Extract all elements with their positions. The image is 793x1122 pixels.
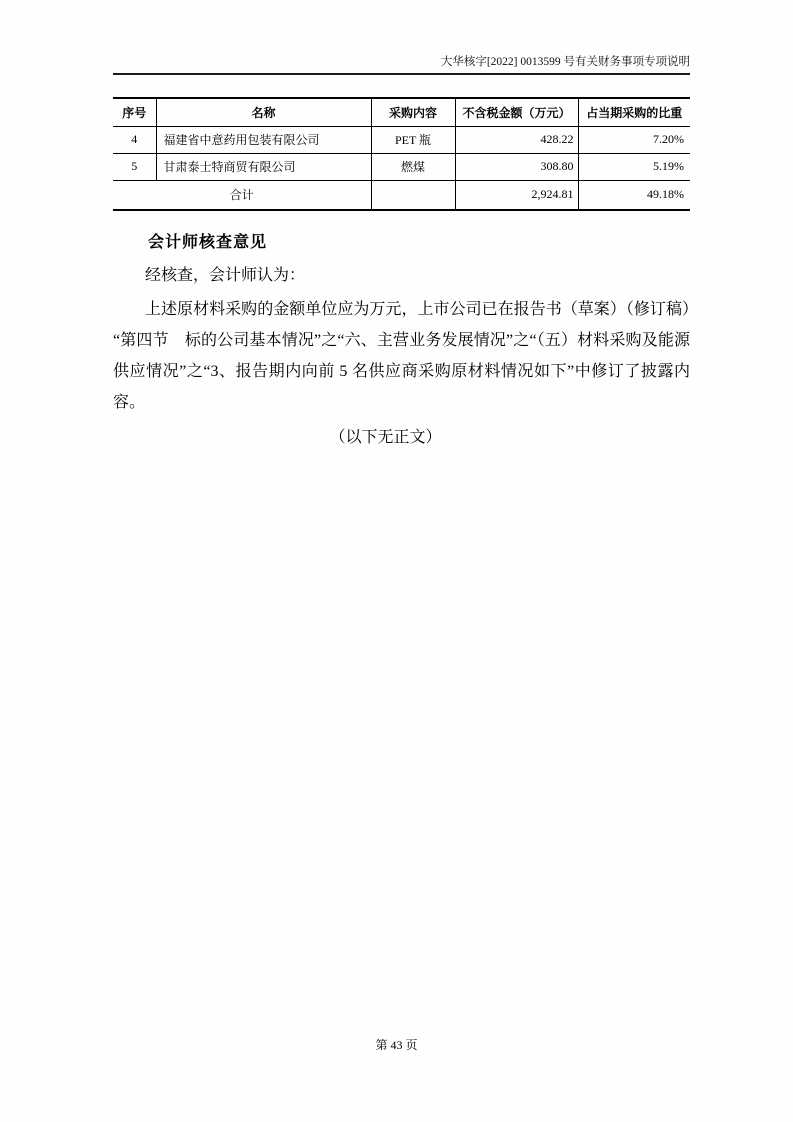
cell-amount: 428.22 bbox=[455, 126, 578, 153]
table-header-row: 序号 名称 采购内容 不含税金额（万元） 占当期采购的比重 bbox=[113, 98, 690, 126]
cell-content: 燃煤 bbox=[371, 153, 455, 180]
cell-name: 甘肃泰士特商贸有限公司 bbox=[156, 153, 371, 180]
supplier-procurement-table-wrap: 序号 名称 采购内容 不含税金额（万元） 占当期采购的比重 4 福建省中意药用包… bbox=[113, 97, 690, 211]
table-row: 5 甘肃泰士特商贸有限公司 燃煤 308.80 5.19% bbox=[113, 153, 690, 180]
section-heading: 会计师核查意见 bbox=[148, 229, 267, 252]
cell-amount: 308.80 bbox=[455, 153, 578, 180]
cell-total-amount: 2,924.81 bbox=[455, 180, 578, 210]
page-number: 第 43 页 bbox=[0, 1036, 793, 1053]
document-page: 大华核字[2022] 0013599 号有关财务事项专项说明 序号 名称 采购内… bbox=[0, 0, 793, 1122]
end-of-text-note: （以下无正文） bbox=[113, 424, 658, 447]
cell-name: 福建省中意药用包装有限公司 bbox=[156, 126, 371, 153]
intro-line: 经核查，会计师认为： bbox=[145, 262, 305, 285]
cell-total-content bbox=[371, 180, 455, 210]
cell-index: 5 bbox=[113, 153, 156, 180]
col-header-amount: 不含税金额（万元） bbox=[455, 98, 578, 126]
cell-ratio: 5.19% bbox=[578, 153, 690, 180]
col-header-index: 序号 bbox=[113, 98, 156, 126]
cell-index: 4 bbox=[113, 126, 156, 153]
body-paragraph: 上述原材料采购的金额单位应为万元，上市公司已在报告书（草案）（修订稿）“第四节 … bbox=[113, 294, 690, 418]
cell-total-ratio: 49.18% bbox=[578, 180, 690, 210]
running-header-title: 大华核字[2022] 0013599 号有关财务事项专项说明 bbox=[113, 53, 690, 69]
col-header-content: 采购内容 bbox=[371, 98, 455, 126]
table-row: 4 福建省中意药用包装有限公司 PET 瓶 428.22 7.20% bbox=[113, 126, 690, 153]
col-header-ratio: 占当期采购的比重 bbox=[578, 98, 690, 126]
col-header-name: 名称 bbox=[156, 98, 371, 126]
header-rule bbox=[113, 73, 690, 75]
cell-total-label: 合计 bbox=[113, 180, 371, 210]
supplier-procurement-table: 序号 名称 采购内容 不含税金额（万元） 占当期采购的比重 4 福建省中意药用包… bbox=[113, 97, 690, 211]
cell-content: PET 瓶 bbox=[371, 126, 455, 153]
cell-ratio: 7.20% bbox=[578, 126, 690, 153]
table-total-row: 合计 2,924.81 49.18% bbox=[113, 180, 690, 210]
